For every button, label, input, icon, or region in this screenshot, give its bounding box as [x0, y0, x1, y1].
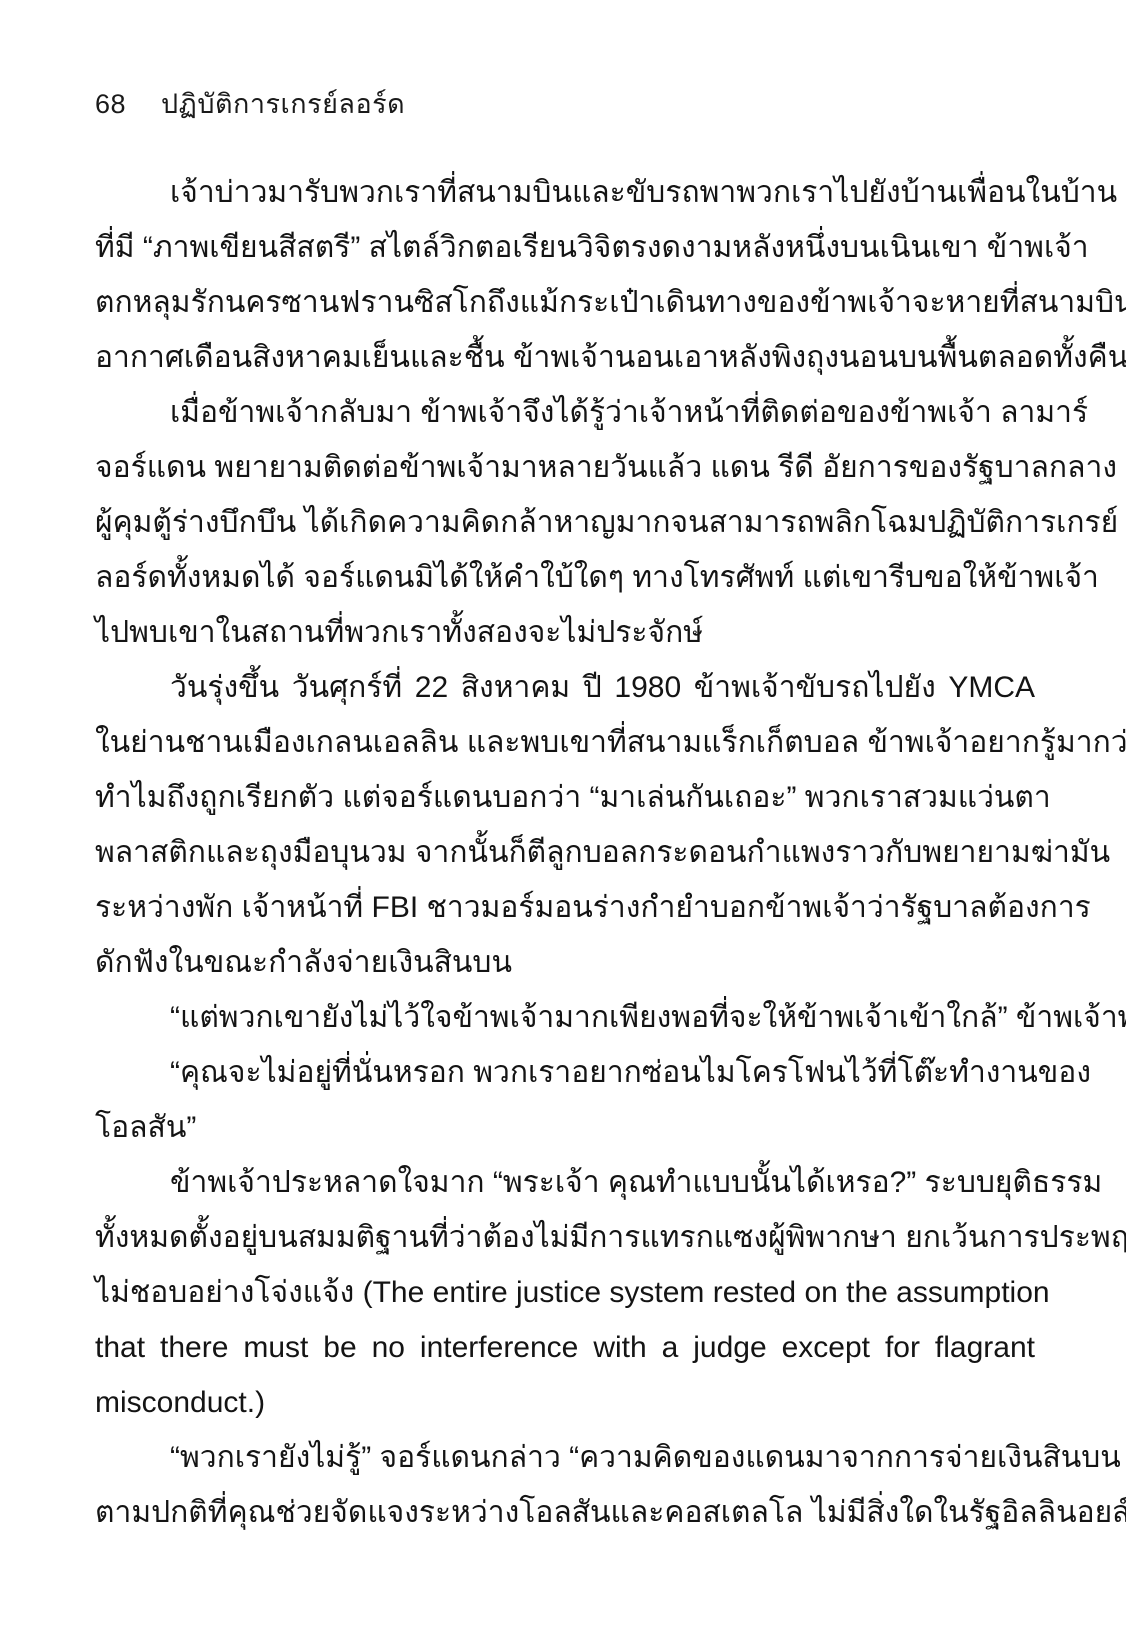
text-line: ระหว่างพัก เจ้าหน้าที่ FBI ชาวมอร์มอนร่า… — [95, 880, 1035, 935]
paragraph: วันรุ่งขึ้น วันศุกร์ที่ 22 สิงหาคม ปี 19… — [95, 660, 1035, 990]
text-line: วันรุ่งขึ้น วันศุกร์ที่ 22 สิงหาคม ปี 19… — [95, 660, 1035, 715]
text-line: that there must be no interference with … — [95, 1320, 1035, 1375]
text-line: “พวกเรายังไม่รู้” จอร์แดนกล่าว “ความคิดข… — [95, 1430, 1035, 1485]
page-number: 68 — [95, 89, 126, 120]
text-line: ตกหลุมรักนครซานฟรานซิสโกถึงแม้กระเป๋าเดิ… — [95, 275, 1035, 330]
text-line: ตามปกติที่คุณช่วยจัดแจงระหว่างโอลสันและค… — [95, 1485, 1035, 1540]
running-title: ปฏิบัติการเกรย์ลอร์ด — [161, 82, 405, 125]
text-line: misconduct.) — [95, 1375, 1035, 1430]
book-page: 68 ปฏิบัติการเกรย์ลอร์ด เจ้าบ่าวมารับพวก… — [0, 0, 1126, 1638]
paragraph: “แต่พวกเขายังไม่ไว้ใจข้าพเจ้ามากเพียงพอท… — [95, 990, 1035, 1045]
text-line: ข้าพเจ้าประหลาดใจมาก “พระเจ้า คุณทำแบบนั… — [95, 1155, 1035, 1210]
paragraph: ข้าพเจ้าประหลาดใจมาก “พระเจ้า คุณทำแบบนั… — [95, 1155, 1035, 1430]
text-line: พลาสติกและถุงมือบุนวม จากนั้นก็ตีลูกบอลก… — [95, 825, 1035, 880]
text-line: อากาศเดือนสิงหาคมเย็นและชื้น ข้าพเจ้านอน… — [95, 330, 1035, 385]
paragraph: เจ้าบ่าวมารับพวกเราที่สนามบินและขับรถพาพ… — [95, 165, 1035, 385]
text-line: เมื่อข้าพเจ้ากลับมา ข้าพเจ้าจึงได้รู้ว่า… — [95, 385, 1035, 440]
text-line: ไปพบเขาในสถานที่พวกเราทั้งสองจะไม่ประจัก… — [95, 605, 1035, 660]
paragraph: “พวกเรายังไม่รู้” จอร์แดนกล่าว “ความคิดข… — [95, 1430, 1035, 1540]
text-line: ทั้งหมดตั้งอยู่บนสมมติฐานที่ว่าต้องไม่มี… — [95, 1210, 1035, 1265]
page-body: เจ้าบ่าวมารับพวกเราที่สนามบินและขับรถพาพ… — [95, 165, 1035, 1540]
text-line: ผู้คุมตู้ร่างบึกบึน ได้เกิดความคิดกล้าหา… — [95, 495, 1035, 550]
text-line: ไม่ชอบอย่างโจ่งแจ้ง (The entire justice … — [95, 1265, 1035, 1320]
text-line: “คุณจะไม่อยู่ที่นั่นหรอก พวกเราอยากซ่อนไ… — [95, 1045, 1035, 1100]
text-line: ในย่านชานเมืองเกลนเอลลิน และพบเขาที่สนาม… — [95, 715, 1035, 770]
text-line: โอลสัน” — [95, 1100, 1035, 1155]
text-line: ที่มี “ภาพเขียนสีสตรี” สไตล์วิกตอเรียนวิ… — [95, 220, 1035, 275]
paragraph: “คุณจะไม่อยู่ที่นั่นหรอก พวกเราอยากซ่อนไ… — [95, 1045, 1035, 1155]
text-line: “แต่พวกเขายังไม่ไว้ใจข้าพเจ้ามากเพียงพอท… — [95, 990, 1035, 1045]
text-line: จอร์แดน พยายามติดต่อข้าพเจ้ามาหลายวันแล้… — [95, 440, 1035, 495]
text-line: ลอร์ดทั้งหมดได้ จอร์แดนมิได้ให้คำใบ้ใดๆ … — [95, 550, 1035, 605]
page-header: 68 ปฏิบัติการเกรย์ลอร์ด — [95, 82, 1035, 125]
text-line: เจ้าบ่าวมารับพวกเราที่สนามบินและขับรถพาพ… — [95, 165, 1035, 220]
text-line: ทำไมถึงถูกเรียกตัว แต่จอร์แดนบอกว่า “มาเ… — [95, 770, 1035, 825]
paragraph: เมื่อข้าพเจ้ากลับมา ข้าพเจ้าจึงได้รู้ว่า… — [95, 385, 1035, 660]
text-line: ดักฟังในขณะกำลังจ่ายเงินสินบน — [95, 935, 1035, 990]
